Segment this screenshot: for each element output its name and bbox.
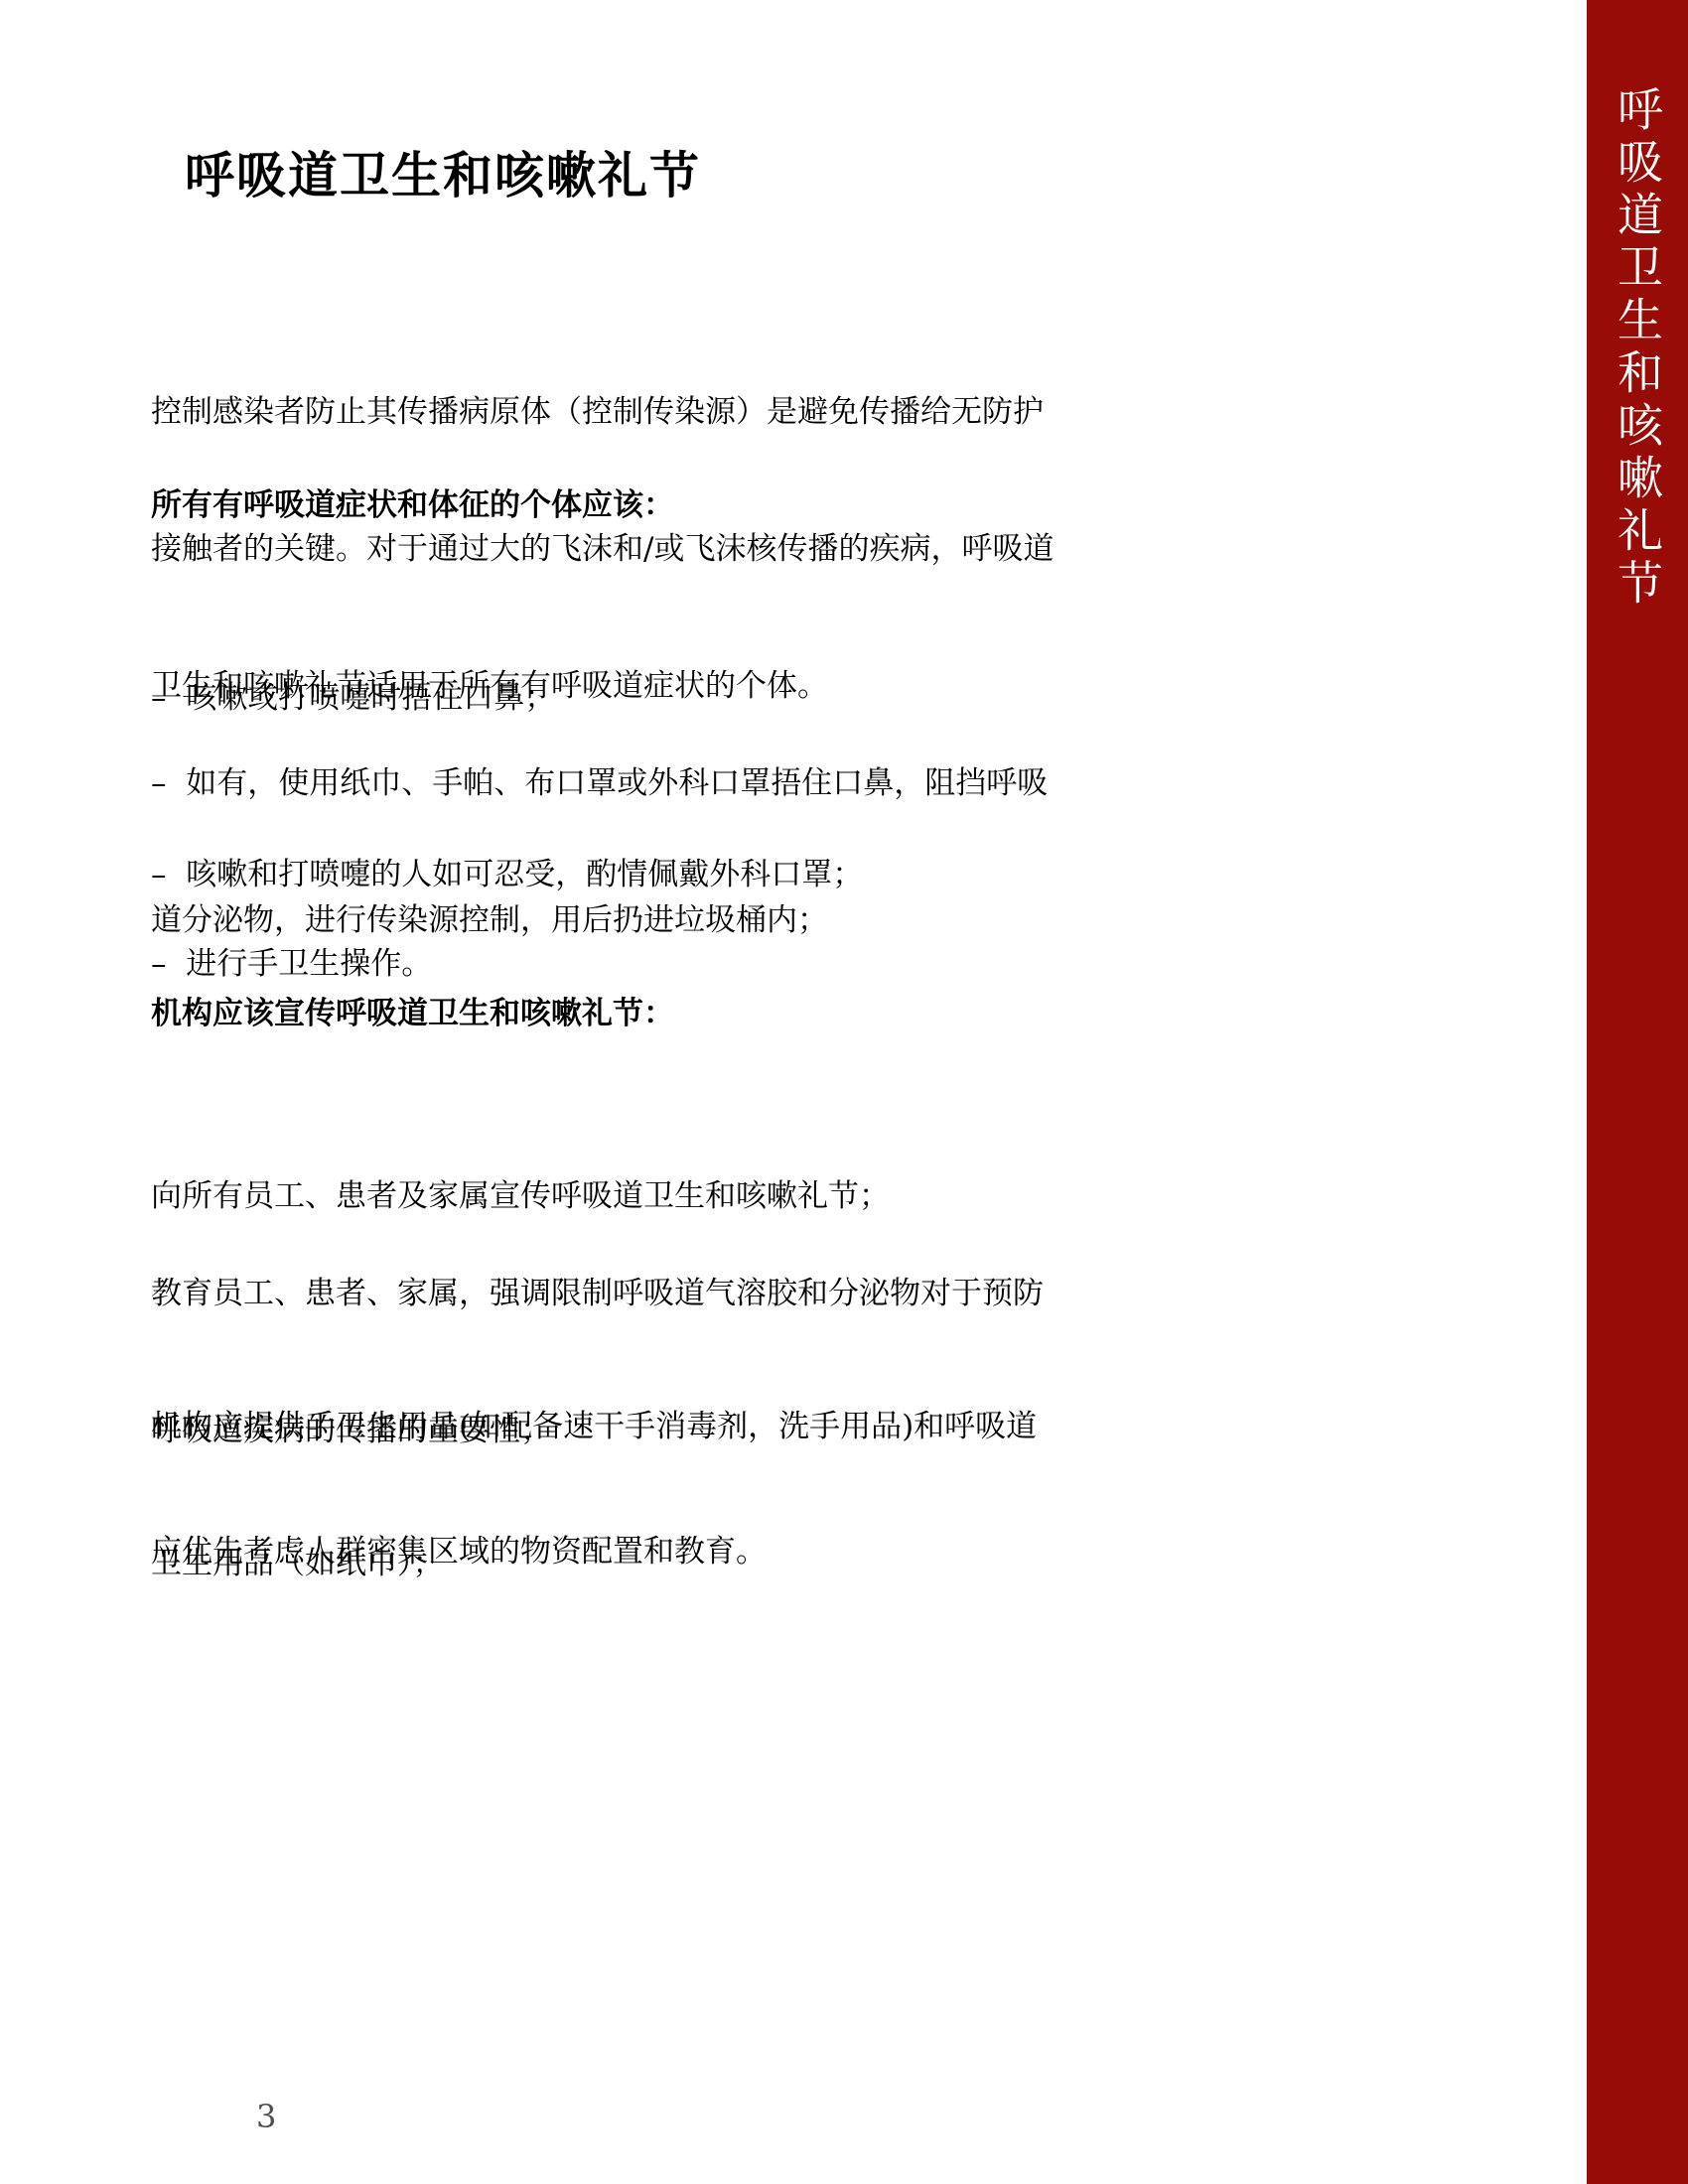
- paragraph-line: 应优先考虑人群密集区域的物资配置和教育。: [151, 1529, 767, 1574]
- section2-heading: 机构应该宣传呼吸道卫生和咳嗽礼节：: [151, 991, 674, 1036]
- intro-line: 接触者的关键。对于通过大的飞沫和/或飞沫核传播的疾病，呼吸道: [151, 526, 1054, 572]
- bullet-line: – 进行手卫生操作。: [151, 941, 432, 987]
- document-title: 呼吸道卫生和咳嗽礼节: [185, 147, 701, 205]
- sidebar-band: 呼吸道卫生和咳嗽礼节: [1587, 0, 1688, 2184]
- page-number: 3: [256, 2097, 276, 2136]
- paragraph-line: 教育员工、患者、家属，强调限制呼吸道气溶胶和分泌物对于预防: [151, 1271, 1044, 1316]
- section1-heading: 所有有呼吸道症状和体征的个体应该：: [151, 482, 674, 528]
- sidebar-vertical-title: 呼吸道卫生和咳嗽礼节: [1605, 85, 1670, 612]
- intro-line: 控制感染者防止其传播病原体（控制传染源）是避免传播给无防护: [151, 389, 1054, 435]
- bullet-item: – 进行手卫生操作。: [151, 850, 432, 1078]
- body-paragraph: 应优先考虑人群密集区域的物资配置和教育。: [151, 1437, 767, 1666]
